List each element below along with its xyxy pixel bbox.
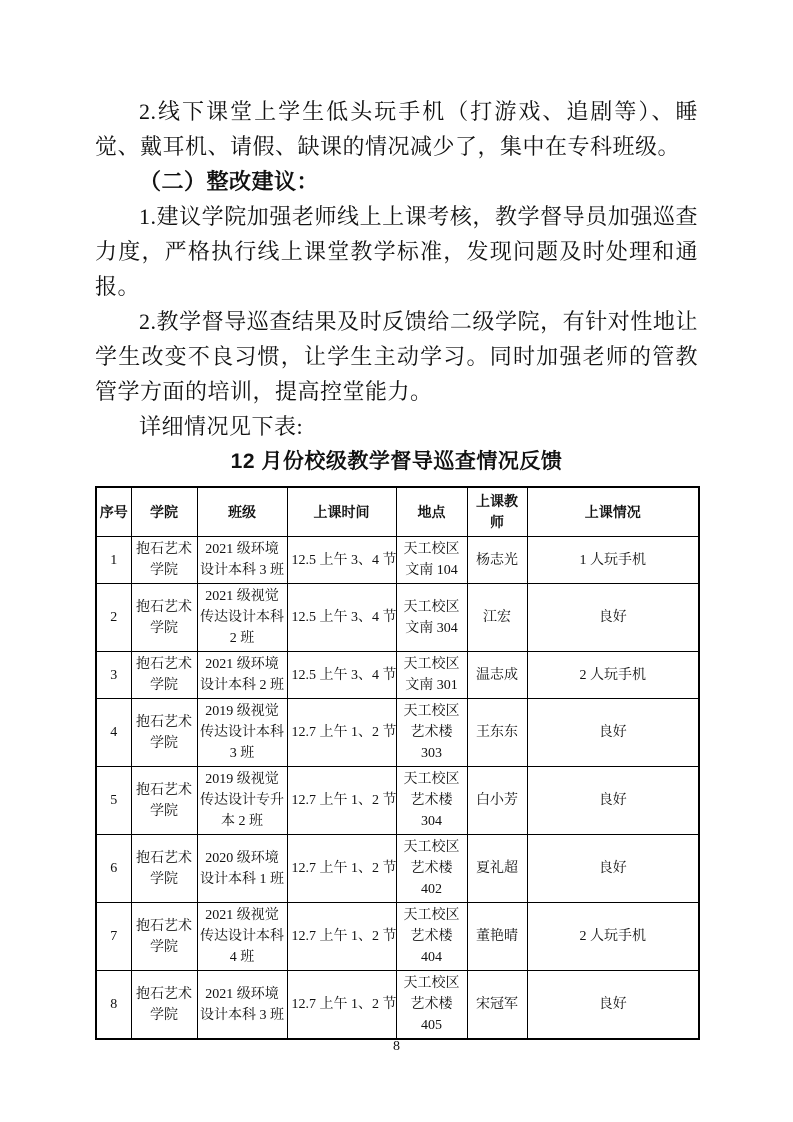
header-cell-college: 学院: [131, 487, 197, 537]
table-cell: 宋冠军: [467, 971, 527, 1040]
header-cell-teacher: 上课教师: [467, 487, 527, 537]
table-cell: 良好: [527, 584, 699, 652]
table-row: 2抱石艺术学院2021 级视觉传达设计本科 2 班12.5 上午 3、4 节天工…: [96, 584, 699, 652]
header-cell-location: 地点: [396, 487, 467, 537]
table-cell: 12.7 上午 1、2 节: [287, 903, 396, 971]
table-cell: 1: [96, 537, 131, 584]
table-header-row: 序号 学院 班级 上课时间 地点 上课教师 上课情况: [96, 487, 699, 537]
table-cell: 3: [96, 652, 131, 699]
table-cell: 天工校区文南 104: [396, 537, 467, 584]
table-cell: 12.7 上午 1、2 节: [287, 767, 396, 835]
table-cell: 良好: [527, 767, 699, 835]
table-cell: 抱石艺术学院: [131, 699, 197, 767]
table-cell: 2021 级视觉传达设计本科 2 班: [197, 584, 287, 652]
table-cell: 2: [96, 584, 131, 652]
paragraph-suggestion-2: 2.教学督导巡查结果及时反馈给二级学院，有针对性地让学生改变不良习惯，让学生主动…: [95, 304, 698, 409]
table-cell: 江宏: [467, 584, 527, 652]
table-cell: 天工校区艺术楼 404: [396, 903, 467, 971]
table-row: 1抱石艺术学院2021 级环境设计本科 3 班12.5 上午 3、4 节天工校区…: [96, 537, 699, 584]
table-cell: 良好: [527, 699, 699, 767]
table-cell: 2021 级环境设计本科 2 班: [197, 652, 287, 699]
table-row: 6抱石艺术学院2020 级环境设计本科 1 班12.7 上午 1、2 节天工校区…: [96, 835, 699, 903]
table-cell: 2 人玩手机: [527, 903, 699, 971]
table-body: 1抱石艺术学院2021 级环境设计本科 3 班12.5 上午 3、4 节天工校区…: [96, 537, 699, 1040]
table-cell: 2019 级视觉传达设计本科 3 班: [197, 699, 287, 767]
table-cell: 7: [96, 903, 131, 971]
table-cell: 抱石艺术学院: [131, 903, 197, 971]
table-cell: 夏礼超: [467, 835, 527, 903]
table-cell: 抱石艺术学院: [131, 652, 197, 699]
table-cell: 12.7 上午 1、2 节: [287, 699, 396, 767]
table-cell: 6: [96, 835, 131, 903]
table-cell: 4: [96, 699, 131, 767]
supervision-feedback-table: 序号 学院 班级 上课时间 地点 上课教师 上课情况 1抱石艺术学院2021 级…: [95, 486, 700, 1040]
table-row: 8抱石艺术学院2021 级环境设计本科 3 班12.7 上午 1、2 节天工校区…: [96, 971, 699, 1040]
header-cell-status: 上课情况: [527, 487, 699, 537]
table-row: 7抱石艺术学院2021 级视觉传达设计本科 4 班12.7 上午 1、2 节天工…: [96, 903, 699, 971]
table-cell: 良好: [527, 835, 699, 903]
paragraph-suggestion-1: 1.建议学院加强老师线上上课考核，教学督导员加强巡查力度，严格执行线上课堂教学标…: [95, 199, 698, 304]
table-row: 5抱石艺术学院2019 级视觉传达设计专升本 2 班12.7 上午 1、2 节天…: [96, 767, 699, 835]
table-cell: 抱石艺术学院: [131, 584, 197, 652]
table-cell: 抱石艺术学院: [131, 767, 197, 835]
table-cell: 抱石艺术学院: [131, 835, 197, 903]
table-cell: 天工校区文南 304: [396, 584, 467, 652]
table-cell: 2021 级环境设计本科 3 班: [197, 971, 287, 1040]
header-cell-time: 上课时间: [287, 487, 396, 537]
table-cell: 白小芳: [467, 767, 527, 835]
table-title: 12 月份校级教学督导巡查情况反馈: [95, 447, 698, 477]
table-cell: 12.7 上午 1、2 节: [287, 971, 396, 1040]
table-cell: 12.7 上午 1、2 节: [287, 835, 396, 903]
table-cell: 天工校区艺术楼 304: [396, 767, 467, 835]
table-cell: 12.5 上午 3、4 节: [287, 537, 396, 584]
table-cell: 天工校区艺术楼 303: [396, 699, 467, 767]
table-cell: 2021 级环境设计本科 3 班: [197, 537, 287, 584]
paragraph-section-heading: （二）整改建议：: [95, 164, 698, 199]
table-cell: 董艳晴: [467, 903, 527, 971]
table-cell: 1 人玩手机: [527, 537, 699, 584]
page: 2.线下课堂上学生低头玩手机（打游戏、追剧等）、睡觉、戴耳机、请假、缺课的情况减…: [0, 0, 793, 1122]
table-row: 4抱石艺术学院2019 级视觉传达设计本科 3 班12.7 上午 1、2 节天工…: [96, 699, 699, 767]
table-cell: 抱石艺术学院: [131, 537, 197, 584]
header-cell-index: 序号: [96, 487, 131, 537]
table-cell: 2020 级环境设计本科 1 班: [197, 835, 287, 903]
page-number: 8: [0, 1038, 793, 1056]
table-cell: 天工校区艺术楼 402: [396, 835, 467, 903]
table-cell: 温志成: [467, 652, 527, 699]
table-cell: 2019 级视觉传达设计专升本 2 班: [197, 767, 287, 835]
table-cell: 天工校区艺术楼 405: [396, 971, 467, 1040]
table-row: 3抱石艺术学院2021 级环境设计本科 2 班12.5 上午 3、4 节天工校区…: [96, 652, 699, 699]
table-cell: 5: [96, 767, 131, 835]
table-cell: 良好: [527, 971, 699, 1040]
paragraph-table-lead-in: 详细情况见下表:: [95, 409, 698, 444]
table-cell: 抱石艺术学院: [131, 971, 197, 1040]
paragraph-observation-2: 2.线下课堂上学生低头玩手机（打游戏、追剧等）、睡觉、戴耳机、请假、缺课的情况减…: [95, 94, 698, 164]
table-cell: 2021 级视觉传达设计本科 4 班: [197, 903, 287, 971]
table-cell: 2 人玩手机: [527, 652, 699, 699]
table-cell: 杨志光: [467, 537, 527, 584]
document-content: 2.线下课堂上学生低头玩手机（打游戏、追剧等）、睡觉、戴耳机、请假、缺课的情况减…: [95, 0, 698, 1040]
header-cell-class: 班级: [197, 487, 287, 537]
table-cell: 王东东: [467, 699, 527, 767]
table-cell: 8: [96, 971, 131, 1040]
table-cell: 12.5 上午 3、4 节: [287, 652, 396, 699]
table-cell: 天工校区文南 301: [396, 652, 467, 699]
table-cell: 12.5 上午 3、4 节: [287, 584, 396, 652]
